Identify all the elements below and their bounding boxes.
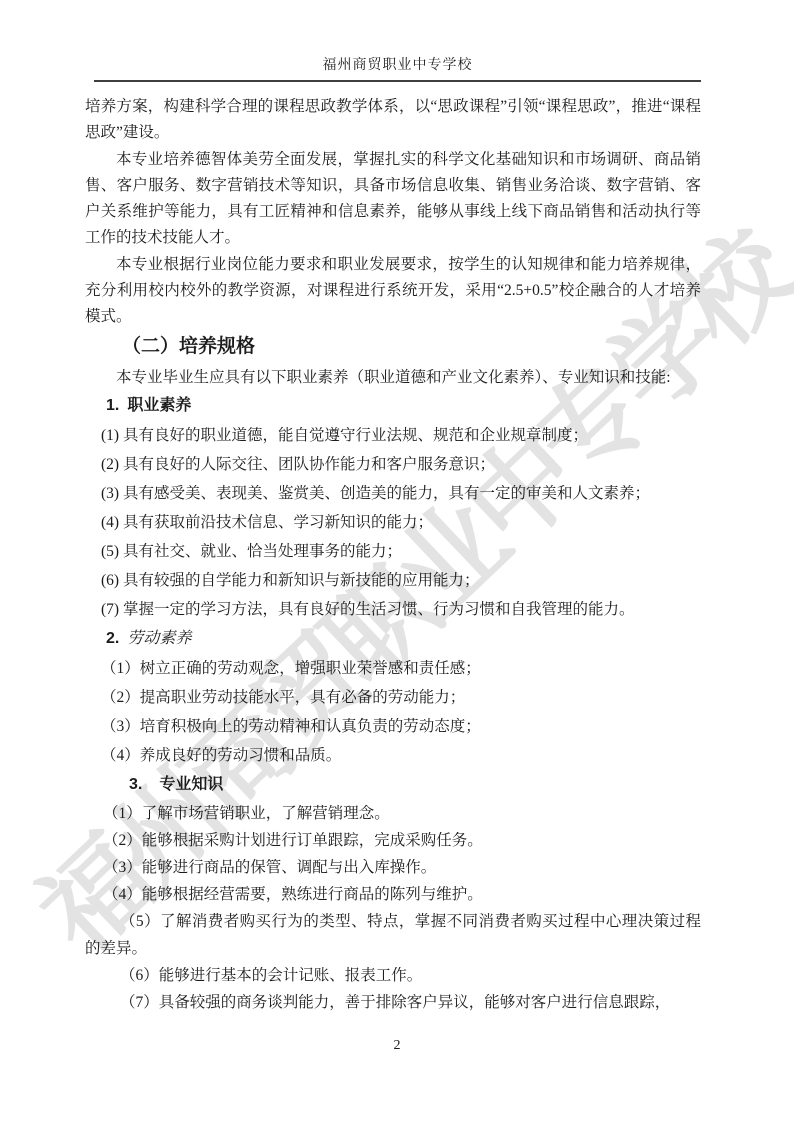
list-item: (6) 具有较强的自学能力和新知识与新技能的应用能力； [85,566,701,595]
list-item: （2）能够根据采购计划进行订单跟踪，完成采购任务。 [85,827,701,854]
list-item: （4）能够根据经营需要，熟练进行商品的陈列与维护。 [85,881,701,908]
list-item: （3）能够进行商品的保管、调配与出入库操作。 [85,854,701,881]
document-body: 培养方案，构建科学合理的课程思政教学体系，以“思政课程”引领“课程思政”，推进“… [85,94,701,1016]
page-number: 2 [0,1038,794,1054]
list-item: （3）培育积极向上的劳动精神和认真负责的劳动态度； [85,712,701,741]
list-item: (5) 具有社交、就业、恰当处理事务的能力； [85,537,701,566]
list-item: （1）树立正确的劳动观念，增强职业荣誉感和责任感； [85,654,701,683]
school-name: 福州商贸职业中专学校 [323,58,473,73]
subsection-title: 劳动素养 [127,630,191,647]
list-item: (3) 具有感受美、表现美、鉴赏美、创造美的能力，具有一定的审美和人文素养； [85,479,701,508]
section-intro: 本专业毕业生应具有以下职业素养（职业道德和产业文化素养）、专业知识和技能: [85,365,701,391]
subsection-number: 2. [106,630,119,647]
list-item: （6）能够进行基本的会计记账、报表工作。 [85,962,701,989]
list-item: （4）养成良好的劳动习惯和品质。 [85,741,701,770]
list-item: （5）了解消费者购买行为的类型、特点，掌握不同消费者购买过程中心理决策过程的差异… [85,908,701,962]
paragraph-training-model: 本专业根据行业岗位能力要求和职业发展要求，按学生的认知规律和能力培养规律，充分利… [85,252,701,330]
document-page: 福州商贸职业中专学校 福州商贸职业中专学校 培养方案，构建科学合理的课程思政教学… [0,0,794,1123]
paragraph-continuation: 培养方案，构建科学合理的课程思政教学体系，以“思政课程”引领“课程思政”，推进“… [85,94,701,146]
list-item: (4) 具有获取前沿技术信息、学习新知识的能力； [85,508,701,537]
subsection-heading-3: 3.专业知识 [85,771,701,799]
subsection-heading-2: 2.劳动素养 [85,625,701,653]
subsection-title: 专业知识 [159,776,223,793]
subsection-number: 1. [106,397,119,414]
page-header: 福州商贸职业中专学校 [94,54,701,82]
subsection-heading-1: 1.职业素养 [85,392,701,420]
list-item: (2) 具有良好的人际交往、团队协作能力和客户服务意识； [85,450,701,479]
list-item: （1）了解市场营销职业，了解营销理念。 [85,800,701,827]
subsection-number: 3. [129,776,142,793]
list-item: (1) 具有良好的职业道德，能自觉遵守行业法规、规范和企业规章制度； [85,421,701,450]
list-item: (7) 掌握一定的学习方法，具有良好的生活习惯、行为习惯和自我管理的能力。 [85,595,701,624]
list-item: （7）具备较强的商务谈判能力，善于排除客户异议，能够对客户进行信息跟踪， [85,989,701,1016]
section-heading: （二）培养规格 [85,333,701,361]
list-item: （2）提高职业劳动技能水平，具有必备的劳动能力； [85,683,701,712]
subsection-title: 职业素养 [127,397,191,414]
paragraph-training-goal: 本专业培养德智体美劳全面发展，掌握扎实的科学文化基础知识和市场调研、商品销售、客… [85,147,701,251]
